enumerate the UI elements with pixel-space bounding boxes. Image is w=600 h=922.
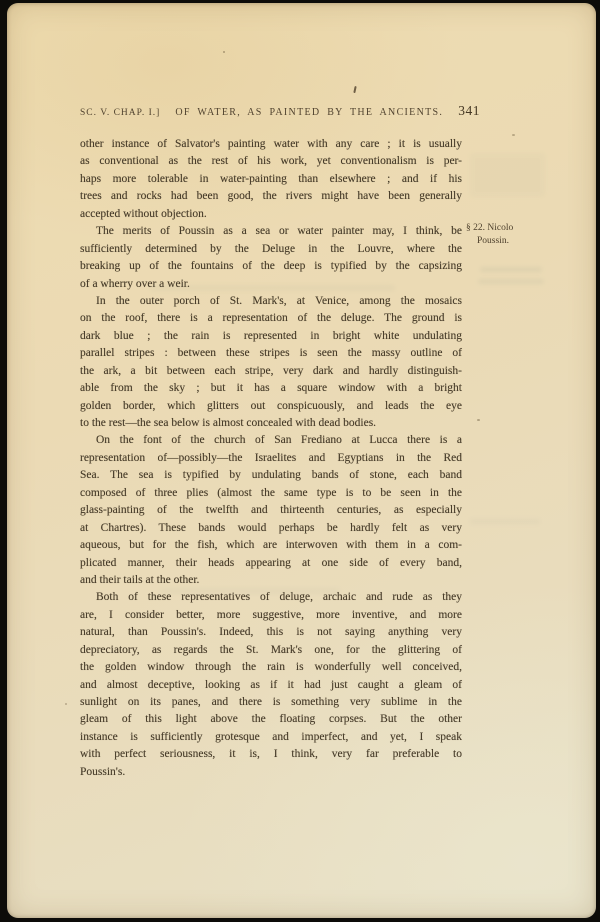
text-line: trees and rocks had been good, the river… [80, 188, 462, 205]
showthrough-smudge [160, 588, 340, 594]
text-line: Poussin's. [80, 764, 462, 781]
text-line: breaking up of the fountains of the deep… [80, 258, 462, 275]
text-line: sunlight on its panes, and there is some… [80, 694, 462, 711]
text-line: The merits of Poussin as a sea or water … [80, 223, 462, 240]
showthrough-smudge [480, 267, 542, 272]
paragraph: In the outer porch of St. Mark's, at Ven… [80, 293, 462, 433]
text-line: golden border, which glitters out conspi… [80, 398, 462, 415]
text-line: dark blue ; the rain is represented in b… [80, 328, 462, 345]
paper-page: SC. V. CHAP. I.] OF WATER, AS PAINTED BY… [7, 3, 596, 918]
text-line: and their tails at the other. [80, 572, 462, 589]
text-line: the ark, a bit between each stripe, very… [80, 363, 462, 380]
text-line: to the rest—the sea below is almost conc… [80, 415, 462, 432]
text-line: other instance of Salvator's painting wa… [80, 136, 462, 153]
running-header: SC. V. CHAP. I.] OF WATER, AS PAINTED BY… [80, 103, 480, 119]
sidenote-line: Poussin. [466, 235, 554, 248]
paper-speck [223, 51, 225, 53]
text-line: glass-painting of the twelfth and thirte… [80, 502, 462, 519]
text-line: sufficiently determined by the Deluge in… [80, 241, 462, 258]
paragraph: The merits of Poussin as a sea or water … [80, 223, 462, 293]
paragraph: other instance of Salvator's painting wa… [80, 136, 462, 223]
paper-speck [512, 134, 515, 136]
text-line: are, I consider better, more suggestive,… [80, 607, 462, 624]
text-line: aqueous, but for the fish, which are int… [80, 537, 462, 554]
text-line: plicated manner, their heads appearing a… [80, 555, 462, 572]
running-title: OF WATER, AS PAINTED BY THE ANCIENTS. [175, 107, 443, 118]
text-line: On the font of the church of San Fredian… [80, 432, 462, 449]
paragraph: Both of these representatives of deluge,… [80, 589, 462, 781]
text-line: as conventional as the rest of his work,… [80, 153, 462, 170]
text-line: the golden window through the rain is wo… [80, 659, 462, 676]
paper-speck [65, 703, 67, 705]
text-line: In the outer porch of St. Mark's, at Ven… [80, 293, 462, 310]
text-line: composed of three plies (almost the same… [80, 485, 462, 502]
text-line: Sea. The sea is typified by undulating b… [80, 467, 462, 484]
text-line: able from the sky ; but it has a square … [80, 380, 462, 397]
showthrough-smudge [150, 285, 395, 291]
paragraph: On the font of the church of San Fredian… [80, 432, 462, 589]
text-line: haps more tolerable in water-painting th… [80, 171, 462, 188]
chapter-reference: SC. V. CHAP. I.] [80, 108, 160, 118]
text-line: and almost deceptive, looking as if it h… [80, 677, 462, 694]
text-line: parallel stripes : between these stripes… [80, 345, 462, 362]
text-line: natural, than Poussin's. Indeed, this is… [80, 624, 462, 641]
book-page-scan: SC. V. CHAP. I.] OF WATER, AS PAINTED BY… [0, 0, 600, 922]
text-line: on the roof, there is a representation o… [80, 310, 462, 327]
text-line: gleam of this light above the floating c… [80, 711, 462, 728]
margin-sidenote: § 22. Nicolo Poussin. [466, 222, 554, 247]
body-text: other instance of Salvator's painting wa… [80, 136, 462, 781]
text-line: depreciatory, as regards the St. Mark's … [80, 642, 462, 659]
showthrough-smudge [478, 279, 544, 284]
showthrough-smudge [470, 519, 540, 524]
page-number: 341 [458, 103, 480, 119]
text-line: representation of—possibly—the Israelite… [80, 450, 462, 467]
paper-speck [477, 419, 480, 421]
showthrough-smudge [470, 153, 545, 197]
text-line: with perfect seriousness, it is, I think… [80, 746, 462, 763]
text-line: accepted without objection. [80, 206, 462, 223]
scan-artifact-mark [353, 86, 356, 93]
text-line: at Chartres). These bands would perhaps … [80, 520, 462, 537]
text-line: instance is sufficiently grotesque and i… [80, 729, 462, 746]
sidenote-line: § 22. Nicolo [466, 222, 554, 235]
